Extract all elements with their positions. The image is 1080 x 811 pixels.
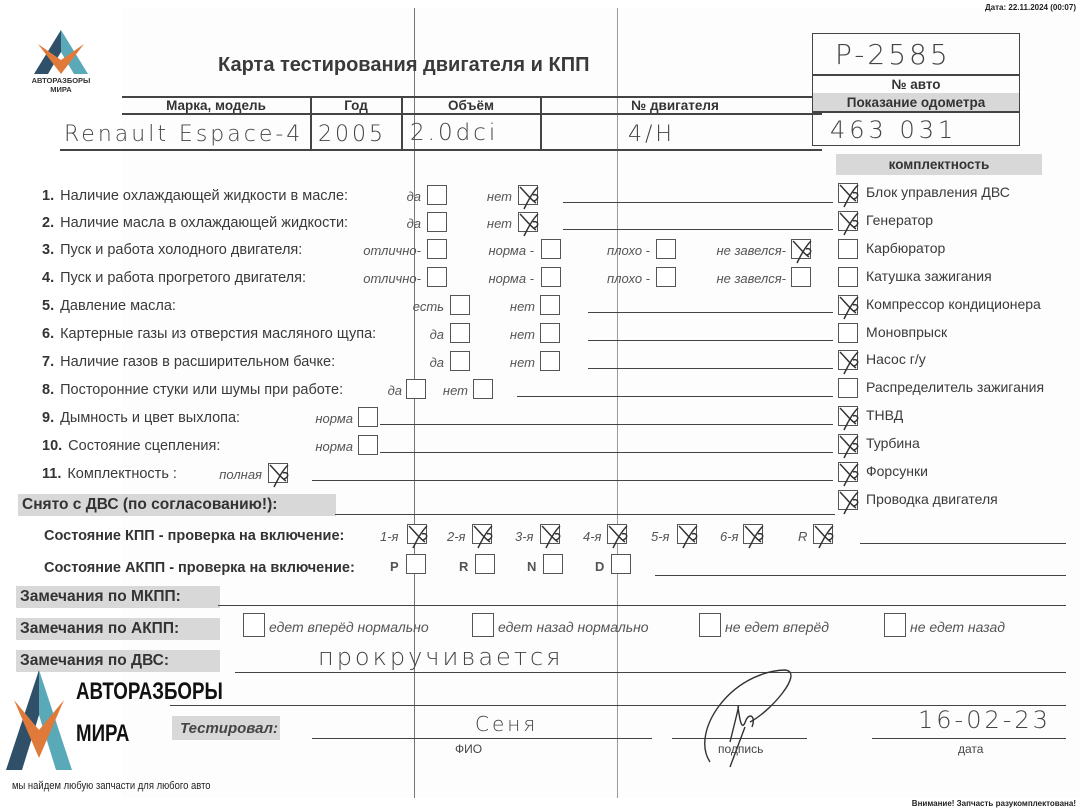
auto-remark-label: не едет вперёд <box>725 619 829 635</box>
notes-line[interactable] <box>380 452 833 453</box>
manual-gearbox-label: Состояние КПП - проверка на включение: <box>44 528 344 544</box>
signature-caption: подпись <box>718 742 763 756</box>
year-value[interactable]: 2005 <box>318 122 386 147</box>
remarks-manual-label: Замечания по МКПП: <box>16 586 220 608</box>
kit-checkbox[interactable] <box>838 490 858 510</box>
question-text: Пуск и работа прогретого двигателя: <box>60 270 306 286</box>
question-text: Состояние сцепления: <box>68 438 220 454</box>
kit-item-label: Форсунки <box>866 463 928 479</box>
gear-checkbox[interactable] <box>407 524 427 544</box>
notes-line[interactable] <box>517 396 833 397</box>
remarks-engine-value[interactable]: прокручивается <box>318 643 563 671</box>
gear-label: N <box>527 559 536 574</box>
kit-checkbox[interactable] <box>838 183 858 203</box>
volume-value[interactable]: 2.0dci <box>410 120 498 146</box>
test-date-caption: дата <box>958 742 983 756</box>
remarks-engine-label: Замечания по ДВС: <box>16 650 220 672</box>
question-row: 9.Дымность и цвет выхлопа: <box>42 410 240 426</box>
header-make-model-label: Марка, модель <box>122 98 310 113</box>
question-number: 2. <box>42 215 54 231</box>
gear-checkbox[interactable] <box>540 524 560 544</box>
auto-gearbox-label: Состояние АКПП - проверка на включение: <box>44 560 355 576</box>
question-number: 1. <box>42 188 54 204</box>
auto-remark-checkbox[interactable] <box>243 613 265 637</box>
question-row: 7.Наличие газов в расширительном бачке: <box>42 354 335 370</box>
option-checkbox[interactable] <box>358 407 378 427</box>
tester-name-value[interactable]: Сеня <box>475 712 538 736</box>
option-checkbox[interactable] <box>791 267 811 287</box>
question-text: Пуск и работа холодного двигателя: <box>60 242 302 258</box>
option-label: норма - <box>424 271 534 286</box>
kit-item-label: Турбина <box>866 435 920 451</box>
logo-mark-icon <box>6 670 72 770</box>
question-row: 1.Наличие охлаждающей жидкости в масле: <box>42 188 348 204</box>
option-label: норма <box>243 439 353 454</box>
notes-line[interactable] <box>380 424 833 425</box>
question-number: 9. <box>42 410 54 426</box>
gear-checkbox[interactable] <box>743 524 763 544</box>
car-no-value[interactable]: P-2585 <box>835 38 951 71</box>
logo-bottom: АВТОРАЗБОРЫ МИРА мы найдем любую запчаст… <box>0 670 220 810</box>
option-label: плохо - <box>540 271 650 286</box>
question-text: Наличие газов в расширительном бачке: <box>60 354 335 370</box>
kit-checkbox[interactable] <box>838 323 858 343</box>
option-checkbox[interactable] <box>268 463 288 483</box>
kit-item-label: Моновпрыск <box>866 324 947 340</box>
gear-label: 2-я <box>447 529 466 544</box>
gear-checkbox[interactable] <box>813 524 833 544</box>
kit-item-label: Генератор <box>866 212 933 228</box>
question-text: Наличие охлаждающей жидкости в масле: <box>60 188 348 204</box>
logo-line-2: МИРА <box>0 85 122 94</box>
header-volume-label: Объём <box>402 98 540 113</box>
kit-checkbox[interactable] <box>838 350 858 370</box>
notes-line[interactable] <box>588 368 833 369</box>
gear-label: 1-я <box>380 529 399 544</box>
manual-gearbox-notes-line[interactable] <box>860 543 1066 544</box>
warning-note: Внимание! Запчасть разукомплектована! <box>912 799 1076 808</box>
print-date: Дата: 22.11.2024 (00:07) <box>985 3 1076 12</box>
kit-checkbox[interactable] <box>838 378 858 398</box>
question-number: 3. <box>42 242 54 258</box>
option-label: плохо - <box>540 243 650 258</box>
option-label: нет <box>425 299 535 314</box>
kit-title: комплектность <box>836 154 1042 175</box>
gear-checkbox[interactable] <box>677 524 697 544</box>
question-number: 11. <box>42 466 61 482</box>
page-title: Карта тестирования двигателя и КПП <box>218 54 589 77</box>
option-label: норма - <box>424 243 534 258</box>
remarks-manual-line[interactable] <box>218 605 1066 606</box>
kit-checkbox[interactable] <box>838 211 858 231</box>
option-checkbox[interactable] <box>540 295 560 315</box>
option-checkbox[interactable] <box>540 351 560 371</box>
logo-line-2: МИРА <box>76 720 129 748</box>
auto-remark-checkbox[interactable] <box>472 613 494 637</box>
question-number: 6. <box>42 326 54 342</box>
kit-item-label: Распределитель зажигания <box>866 379 1044 395</box>
option-label: нет <box>425 327 535 342</box>
question-number: 7. <box>42 354 54 370</box>
remarks-auto-label: Замечания по АКПП: <box>16 618 220 640</box>
question-text: Наличие масла в охлаждающей жидкости: <box>60 215 348 231</box>
gear-label: 4-я <box>583 529 602 544</box>
option-checkbox[interactable] <box>518 185 538 205</box>
gear-label: R <box>798 529 807 544</box>
header-engine-no-label: № двигателя <box>600 98 750 113</box>
gear-checkbox[interactable] <box>406 554 426 574</box>
notes-line[interactable] <box>588 312 833 313</box>
notes-line[interactable] <box>312 480 833 481</box>
option-label: отлично- <box>311 243 421 258</box>
option-checkbox[interactable] <box>540 323 560 343</box>
option-checkbox[interactable] <box>473 379 493 399</box>
gear-checkbox[interactable] <box>611 554 631 574</box>
kit-item-label: Компрессор кондиционера <box>866 296 1041 312</box>
kit-checkbox[interactable] <box>838 462 858 482</box>
question-row: 10.Состояние сцепления: <box>42 438 220 454</box>
kit-item-label: Насос г/у <box>866 351 926 367</box>
option-label: нет <box>402 189 512 204</box>
question-row: 2.Наличие масла в охлаждающей жидкости: <box>42 215 348 231</box>
odometer-label: Показание одометра <box>812 95 1020 110</box>
kit-item-label: ТНВД <box>866 407 903 423</box>
option-label: отлично- <box>311 271 421 286</box>
option-checkbox[interactable] <box>791 239 811 259</box>
engine-no-value[interactable]: 4/H <box>628 122 675 147</box>
gear-label: R <box>459 559 468 574</box>
gear-checkbox[interactable] <box>607 524 627 544</box>
question-number: 10. <box>42 438 62 454</box>
gear-label: 6-я <box>720 529 739 544</box>
option-checkbox[interactable] <box>656 239 676 259</box>
question-row: 3.Пуск и работа холодного двигателя: <box>42 242 302 258</box>
option-label: нет <box>358 383 468 398</box>
option-label: нет <box>402 216 512 231</box>
gear-label: 3-я <box>515 529 534 544</box>
removed-parts-label: Снято с ДВС (по согласованию!): <box>18 494 336 516</box>
kit-item-label: Проводка двигателя <box>866 491 998 507</box>
kit-checkbox[interactable] <box>838 295 858 315</box>
kit-checkbox[interactable] <box>838 406 858 426</box>
removed-parts-line[interactable] <box>335 514 835 515</box>
question-text: Давление масла: <box>60 298 176 314</box>
kit-checkbox[interactable] <box>838 239 858 259</box>
question-number: 8. <box>42 382 54 398</box>
auto-remark-checkbox[interactable] <box>699 613 721 637</box>
notes-line[interactable] <box>563 202 833 203</box>
fold-line <box>617 8 618 798</box>
gear-label: P <box>390 559 399 574</box>
question-number: 5. <box>42 298 54 314</box>
question-row: 4.Пуск и работа прогретого двигателя: <box>42 270 306 286</box>
odometer-value[interactable]: 463 031 <box>830 116 957 144</box>
logo-line-1: АВТОРАЗБОРЫ <box>76 678 223 706</box>
kit-checkbox[interactable] <box>838 434 858 454</box>
kit-checkbox[interactable] <box>838 267 858 287</box>
question-row: 6.Картерные газы из отверстия масляного … <box>42 326 376 342</box>
car-no-label: № авто <box>812 77 1020 92</box>
test-date-value[interactable]: 16-02-23 <box>918 706 1051 734</box>
header-year-label: Год <box>311 98 401 113</box>
logo-tagline: мы найдем любую запчасти для любого авто <box>12 780 211 792</box>
option-label: норма <box>243 411 353 426</box>
question-text: Дымность и цвет выхлопа: <box>60 410 240 426</box>
question-text: Картерные газы из отверстия масляного щу… <box>60 326 376 342</box>
gear-checkbox[interactable] <box>472 524 492 544</box>
auto-remark-label: едет назад нормально <box>498 619 649 635</box>
option-checkbox[interactable] <box>656 267 676 287</box>
notes-line[interactable] <box>588 340 833 341</box>
gear-checkbox[interactable] <box>475 554 495 574</box>
logo-mark-icon <box>34 30 88 74</box>
option-checkbox[interactable] <box>518 212 538 232</box>
gear-checkbox[interactable] <box>543 554 563 574</box>
auto-remark-label: едет вперёд нормально <box>269 619 429 635</box>
logo-line-1: АВТОРАЗБОРЫ <box>0 76 122 85</box>
kit-item-label: Карбюратор <box>866 240 945 256</box>
logo-top: АВТОРАЗБОРЫ МИРА <box>0 0 122 120</box>
option-label: не завелся- <box>676 271 786 286</box>
auto-remark-checkbox[interactable] <box>884 613 906 637</box>
kit-item-label: Катушка зажигания <box>866 268 992 284</box>
tester-name-caption: ФИО <box>455 742 482 756</box>
notes-line[interactable] <box>563 229 833 230</box>
option-label: не завелся- <box>676 243 786 258</box>
option-checkbox[interactable] <box>358 435 378 455</box>
gear-label: 5-я <box>651 529 670 544</box>
make-model-value[interactable]: Renault Espace-4 <box>64 122 303 147</box>
auto-gearbox-notes-line[interactable] <box>655 575 1066 576</box>
question-row: 5.Давление масла: <box>42 298 176 314</box>
option-label: нет <box>425 355 535 370</box>
gear-label: D <box>595 559 604 574</box>
kit-item-label: Блок управления ДВС <box>866 184 1010 200</box>
option-label: полная <box>152 467 262 482</box>
auto-remark-label: не едет назад <box>910 619 1005 635</box>
question-number: 4. <box>42 270 54 286</box>
